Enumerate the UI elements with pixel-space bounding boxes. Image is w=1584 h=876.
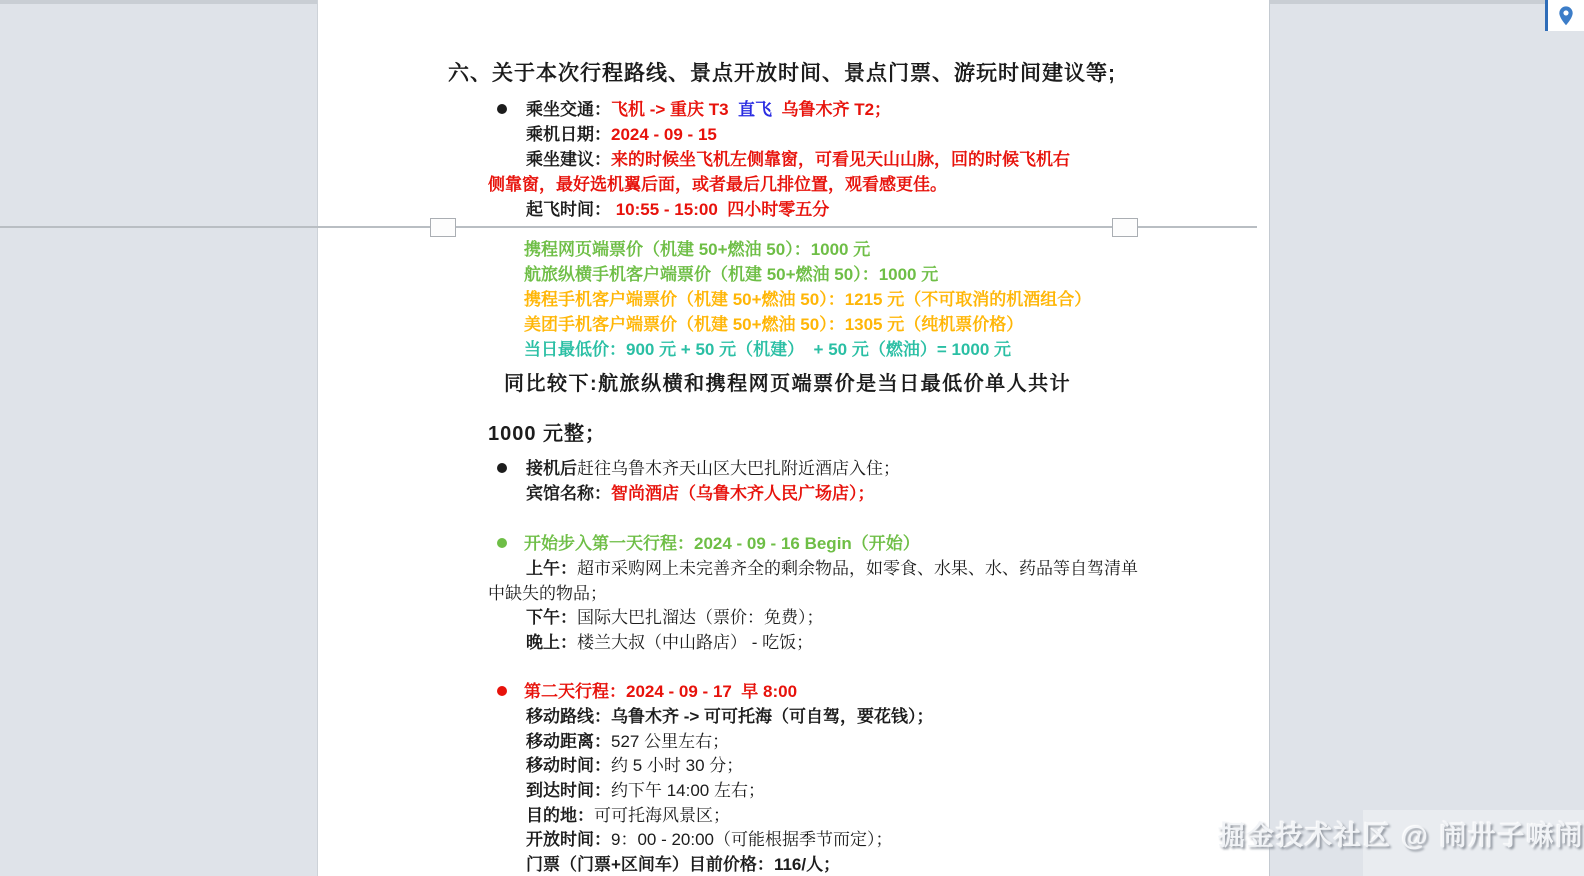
bullet-transport — [497, 104, 507, 114]
text-line-a1: 乘坐交通：飞机 -> 重庆 T3 直飞 乌鲁木齐 T2； — [526, 97, 891, 122]
text-line-r1: 第二天行程：2024 - 09 - 17 早 8:00 — [524, 679, 797, 704]
text-segment: 1000 元整； — [488, 423, 606, 445]
text-line-r3: 移动距离：527 公里左右； — [526, 729, 729, 754]
text-segment: 航旅纵横手机客户端票价（机建 50+燃油 50）：1000 元 — [524, 265, 938, 284]
text-segment: 超市采购网上未完善齐全的剩余物品，如零食、水果、水、药品等自驾清单 — [577, 559, 1138, 578]
text-line-r2: 移动路线：乌鲁木齐 -> 可可托海（可自驾，要花钱）； — [526, 704, 934, 729]
text-segment: 起飞时间： — [526, 200, 611, 219]
text-line-a5: 起飞时间： 10:55 - 15:00 四小时零五分 — [526, 197, 829, 222]
text-line-cmp2: 1000 元整； — [488, 419, 606, 449]
text-line-p1: 携程网页端票价（机建 50+燃油 50）：1000 元 — [524, 237, 870, 262]
text-segment: 飞机 -> 重庆 T3 — [611, 100, 738, 119]
text-segment: 智尚酒店（乌鲁木齐人民广场店）； — [611, 484, 875, 503]
text-line-b1: 接机后赶往乌鲁木齐天山区大巴扎附近酒店入住； — [526, 456, 900, 481]
text-segment: 移动距离： — [526, 732, 611, 751]
text-segment: 楼兰大叔（中山路店） - 吃饭； — [577, 633, 813, 652]
text-segment: 门票（门票+区间车）目前价格： — [526, 855, 774, 874]
text-line-g2: 上午：超市采购网上未完善齐全的剩余物品，如零食、水果、水、药品等自驾清单 — [526, 556, 1138, 581]
text-line-cmp1: 同比较下:航旅纵横和携程网页端票价是当日最低价单人共计 — [504, 369, 1071, 399]
text-segment: 移动时间： — [526, 756, 611, 775]
text-segment: 目的地： — [526, 806, 594, 825]
text-segment: 527 公里左右； — [611, 732, 729, 751]
text-segment: 开放时间： — [526, 830, 611, 849]
text-segment: 9：00 - 20:00（可能根据季节而定）； — [611, 830, 893, 849]
text-segment: 晚上： — [526, 633, 577, 652]
text-segment: 乌鲁木齐 T2； — [772, 100, 891, 119]
bullet-day1 — [497, 538, 507, 548]
text-segment: 116/人； — [774, 855, 840, 874]
watermark-text: 掘金技术社区 @ 闹卅子嘛闹ヽ — [1218, 814, 1584, 853]
text-line-b2: 宾馆名称：智尚酒店（乌鲁木齐人民广场店）； — [526, 481, 875, 506]
bullet-day2 — [497, 686, 507, 696]
text-segment: 携程手机客户端票价（机建 50+燃油 50）：1215 元（不可取消的机酒组合） — [524, 290, 1091, 309]
text-line-r5: 到达时间：约下午 14:00 左右； — [526, 778, 765, 803]
location-pin-button[interactable] — [1545, 0, 1584, 31]
text-segment: 乌鲁木齐 -> 可可托海（可自驾，要花钱）； — [611, 707, 934, 726]
text-segment: 移动路线： — [526, 707, 611, 726]
text-line-p4: 美团手机客户端票价（机建 50+燃油 50）：1305 元（纯机票价格） — [524, 312, 1023, 337]
text-line-title: 六、关于本次行程路线、景点开放时间、景点门票、游玩时间建议等; — [448, 59, 1116, 89]
text-line-a4: 侧靠窗，最好选机翼后面，或者最后几排位置，观看感更佳。 — [488, 172, 947, 197]
text-segment: 上午： — [526, 559, 577, 578]
text-line-p3: 携程手机客户端票价（机建 50+燃油 50）：1215 元（不可取消的机酒组合） — [524, 287, 1091, 312]
text-segment: 当日最低价：900 元 + 50 元（机建） + 50 元（燃油）= 1000 … — [524, 340, 1011, 359]
text-line-g1: 开始步入第一天行程：2024 - 09 - 16 Begin（开始） — [524, 531, 920, 556]
text-segment: 10:55 - 15:00 四小时零五分 — [611, 200, 829, 219]
text-segment: 直飞 — [738, 100, 772, 119]
page-break-handle-right[interactable] — [1112, 218, 1138, 237]
text-segment: 六、关于本次行程路线、景点开放时间、景点门票、游玩时间建议等; — [448, 62, 1116, 85]
text-line-g5: 晚上：楼兰大叔（中山路店） - 吃饭； — [526, 630, 813, 655]
text-segment: 接机后 — [526, 459, 577, 478]
text-segment: 赶往乌鲁木齐天山区大巴扎附近酒店入住； — [577, 459, 900, 478]
text-segment: 侧靠窗，最好选机翼后面，或者最后几排位置，观看感更佳。 — [488, 175, 947, 194]
text-segment: 可可托海风景区； — [594, 806, 730, 825]
text-segment: 2024 - 09 - 15 — [611, 125, 717, 144]
text-line-g4: 下午：国际大巴扎溜达（票价：免费）； — [526, 605, 824, 630]
text-segment: 中缺失的物品； — [488, 584, 607, 603]
text-line-r7: 开放时间：9：00 - 20:00（可能根据季节而定）； — [526, 827, 893, 852]
text-segment: 到达时间： — [526, 781, 611, 800]
text-line-r6: 目的地：可可托海风景区； — [526, 803, 730, 828]
text-segment: 乘坐交通： — [526, 100, 611, 119]
text-segment: 乘坐建议： — [526, 150, 611, 169]
text-segment: 约下午 14:00 左右； — [611, 781, 765, 800]
text-segment: 来的时候坐飞机左侧靠窗，可看见天山山脉，回的时候飞机右 — [611, 150, 1070, 169]
text-segment: 开始步入第一天行程：2024 - 09 - 16 Begin（开始） — [524, 534, 920, 553]
text-line-p2: 航旅纵横手机客户端票价（机建 50+燃油 50）：1000 元 — [524, 262, 938, 287]
text-segment: 携程网页端票价（机建 50+燃油 50）：1000 元 — [524, 240, 870, 259]
text-line-p5: 当日最低价：900 元 + 50 元（机建） + 50 元（燃油）= 1000 … — [524, 337, 1011, 362]
text-line-r4: 移动时间：约 5 小时 30 分； — [526, 753, 743, 778]
text-line-g3: 中缺失的物品； — [488, 581, 607, 606]
text-segment: 同比较下:航旅纵横和携程网页端票价是当日最低价单人共计 — [504, 373, 1071, 395]
text-segment: 约 5 小时 30 分； — [611, 756, 743, 775]
page-break-line — [0, 226, 1257, 228]
text-line-r8: 门票（门票+区间车）目前价格：116/人； — [526, 852, 840, 876]
text-layer: 六、关于本次行程路线、景点开放时间、景点门票、游玩时间建议等;乘坐交通：飞机 -… — [318, 0, 1269, 876]
text-segment: 国际大巴扎溜达（票价：免费）； — [577, 608, 824, 627]
location-pin-icon — [1556, 5, 1576, 27]
text-segment: 乘机日期： — [526, 125, 611, 144]
document-page[interactable]: 六、关于本次行程路线、景点开放时间、景点门票、游玩时间建议等;乘坐交通：飞机 -… — [317, 0, 1270, 876]
text-line-a3: 乘坐建议：来的时候坐飞机左侧靠窗，可看见天山山脉，回的时候飞机右 — [526, 147, 1070, 172]
text-line-a2: 乘机日期：2024 - 09 - 15 — [526, 122, 717, 147]
text-segment: 美团手机客户端票价（机建 50+燃油 50）：1305 元（纯机票价格） — [524, 315, 1023, 334]
page-break-handle-left[interactable] — [430, 218, 456, 237]
bullet-hotel — [497, 463, 507, 473]
text-segment: 第二天行程：2024 - 09 - 17 早 8:00 — [524, 682, 797, 701]
text-segment: 宾馆名称： — [526, 484, 611, 503]
text-segment: 下午： — [526, 608, 577, 627]
